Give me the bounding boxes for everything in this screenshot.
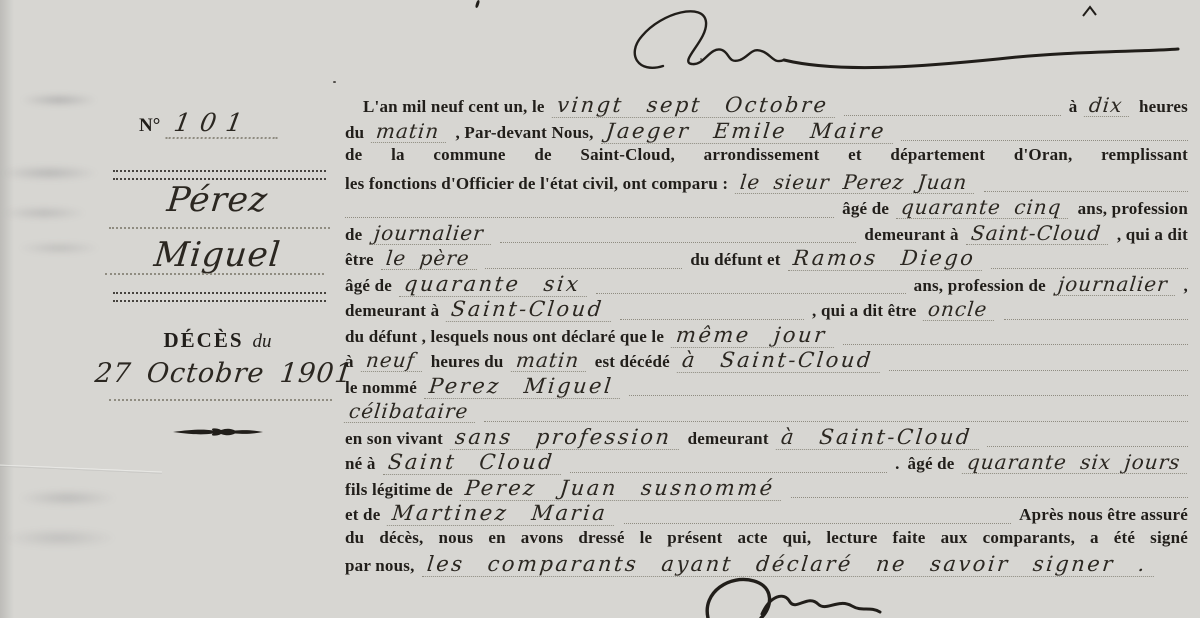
act-line: dumatin, Par-devant Nous,Jaeger Emile Ma… <box>345 121 1188 147</box>
ink-bleedthrough-smudge <box>4 78 104 278</box>
handwritten-entry: dix <box>1084 95 1132 117</box>
handwritten-entry: Saint-Cloud <box>966 223 1110 245</box>
printed-form-text: les fonctions d'Officier de l'état civil… <box>345 175 728 192</box>
handwritten-entry: à Saint-Cloud <box>775 427 980 450</box>
act-line: le nomméPerez Miguel <box>345 376 1188 402</box>
printed-form-text: , Par-devant Nous, <box>456 124 594 141</box>
handwritten-entry: vingt sept Octobre <box>551 95 837 118</box>
handwritten-entry: oncle <box>923 299 997 321</box>
printed-form-text: âgé de <box>908 455 955 472</box>
act-line: par nous,les comparants ayant déclaré ne… <box>345 554 1188 580</box>
printed-form-text: ans, profession <box>1078 200 1188 217</box>
act-line: du défunt , lesquels nous ont déclaré qu… <box>345 325 1188 351</box>
dotted-leader <box>843 344 1188 345</box>
handwritten-entry: les comparants ayant déclaré ne savoir s… <box>421 554 1155 577</box>
deces-label: DÉCÈS <box>163 328 243 352</box>
handwritten-entry: Saint Cloud <box>382 452 563 475</box>
dotted-leader <box>844 115 1061 116</box>
printed-form-text: âgé de <box>345 277 392 294</box>
handwritten-entry: journalier <box>369 223 493 245</box>
handwritten-entry: même jour <box>671 325 836 348</box>
printed-form-text: à <box>1069 98 1078 115</box>
death-date-margin: 27 Octobre 1901 <box>94 360 342 387</box>
dotted-leader <box>596 293 905 294</box>
dotted-leader <box>901 140 1188 141</box>
margin-column: N° 101 Pérez Miguel DÉCÈS du 27 Octobre … <box>95 0 340 618</box>
signature-bottom <box>612 574 922 618</box>
handwritten-entry: quarante six jours <box>961 452 1189 474</box>
printed-form-text: ans, profession de <box>914 277 1046 294</box>
act-line: dejournalierdemeurant àSaint-Cloud, qui … <box>345 223 1188 249</box>
dotted-leader <box>500 242 856 243</box>
act-line: êtrele pèredu défunt etRamos Diego <box>345 248 1188 274</box>
dotted-leader <box>570 472 887 473</box>
ink-speck <box>475 0 480 8</box>
handwritten-entry: le sieur Perez Juan <box>735 172 977 194</box>
dotted-leader <box>991 268 1188 269</box>
dotted-leader <box>484 421 1188 422</box>
printed-form-text: demeurant à <box>864 226 958 243</box>
printed-form-text: par nous, <box>345 557 415 574</box>
handwritten-entry: journalier <box>1053 274 1177 296</box>
dotted-leader <box>1004 319 1188 320</box>
printed-form-text: du <box>345 124 364 141</box>
printed-form-text: Après nous être assuré <box>1019 506 1188 523</box>
handwritten-entry: Ramos Diego <box>787 248 984 271</box>
handwritten-entry: le père <box>381 248 479 270</box>
death-certificate-scan: N° 101 Pérez Miguel DÉCÈS du 27 Octobre … <box>0 0 1200 618</box>
act-line: les fonctions d'Officier de l'état civil… <box>345 172 1188 198</box>
deces-du-label: du <box>253 331 272 352</box>
handwritten-entry: Jaeger Emile Maire <box>600 121 894 144</box>
printed-form-text: demeurant à <box>345 302 439 319</box>
act-line: âgé dequarante cinqans, profession <box>345 197 1188 223</box>
margin-double-rule <box>113 170 326 180</box>
printed-form-text: de la commune de Saint-Cloud, arrondisse… <box>345 146 1188 163</box>
printed-form-text: du défunt et <box>690 251 780 268</box>
printed-form-text: à <box>345 353 354 370</box>
record-number-value: 101 <box>166 110 283 139</box>
margin-dotted-line <box>109 399 332 401</box>
dotted-leader <box>889 370 1188 371</box>
act-line: né àSaint Cloud.âgé dequarante six jours <box>345 452 1188 478</box>
handwritten-entry: sans profession <box>450 427 681 450</box>
deceased-firstname: Miguel <box>93 238 342 272</box>
handwritten-entry: quarante cinq <box>896 197 1071 219</box>
dotted-leader <box>987 446 1188 447</box>
dotted-leader <box>624 523 1011 524</box>
handwritten-entry: Saint-Cloud <box>446 299 613 322</box>
signature-flourish-top <box>618 2 1184 74</box>
handwritten-entry: à Saint-Cloud <box>677 350 882 373</box>
dotted-leader <box>485 268 682 269</box>
dotted-leader <box>629 395 1188 396</box>
act-line: âgé dequarante sixans, profession dejour… <box>345 274 1188 300</box>
printed-form-text: , qui a dit <box>1117 226 1188 243</box>
margin-dotted-line <box>105 273 324 275</box>
printed-form-text: du défunt , lesquels nous ont déclaré qu… <box>345 328 664 345</box>
handwritten-entry: célibataire <box>344 401 478 423</box>
dotted-leader <box>620 319 804 320</box>
record-number: N° 101 <box>139 110 280 139</box>
dotted-leader <box>791 497 1189 498</box>
printed-form-text: fils légitime de <box>345 481 453 498</box>
act-line: de la commune de Saint-Cloud, arrondisse… <box>345 146 1188 172</box>
act-line: en son vivantsans professiondemeurantà S… <box>345 427 1188 453</box>
printed-form-text: du décès, nous en avons dressé le présen… <box>345 529 1188 546</box>
act-line: L'an mil neuf cent un, levingt sept Octo… <box>363 95 1188 121</box>
act-line: célibataire <box>345 401 1188 427</box>
handwritten-entry: Perez Juan susnommé <box>460 478 784 501</box>
printed-form-text: . <box>895 455 899 472</box>
printed-form-text: , qui a dit être <box>812 302 916 319</box>
printed-form-text: et de <box>345 506 380 523</box>
act-line: du décès, nous en avons dressé le présen… <box>345 529 1188 555</box>
printed-form-text: demeurant <box>688 430 769 447</box>
printed-form-text: être <box>345 251 374 268</box>
deceased-surname: Pérez <box>93 183 342 217</box>
record-number-label: N° <box>139 115 160 137</box>
printed-form-text: , <box>1184 277 1188 294</box>
margin-double-rule <box>113 292 326 302</box>
deces-heading: DÉCÈS du <box>95 328 340 353</box>
act-line: àneufheures dumatinest décédéà Saint-Clo… <box>345 350 1188 376</box>
handwritten-entry: Martinez Maria <box>387 503 617 526</box>
printed-form-text: heures du <box>431 353 504 370</box>
handwritten-entry: matin <box>371 121 449 143</box>
printed-form-text: en son vivant <box>345 430 443 447</box>
printed-form-text: âgé de <box>842 200 889 217</box>
act-line: et deMartinez MariaAprès nous être assur… <box>345 503 1188 529</box>
printed-form-text: L'an mil neuf cent un, le <box>363 98 545 115</box>
margin-dotted-line <box>109 227 330 229</box>
printed-form-text: né à <box>345 455 376 472</box>
handwritten-entry: matin <box>510 350 588 372</box>
printed-form-text: le nommé <box>345 379 417 396</box>
printed-form-text: heures <box>1139 98 1188 115</box>
act-line: fils légitime dePerez Juan susnommé <box>345 478 1188 504</box>
handwritten-entry: Perez Miguel <box>424 376 623 399</box>
act-lines: L'an mil neuf cent un, levingt sept Octo… <box>345 95 1188 580</box>
handwritten-entry: neuf <box>361 350 424 372</box>
act-line: demeurant àSaint-Cloud, qui a dit êtreon… <box>345 299 1188 325</box>
decorative-flourish <box>173 427 263 437</box>
dotted-leader <box>984 191 1189 192</box>
handwritten-entry: quarante six <box>399 274 590 297</box>
printed-form-text: est décédé <box>595 353 670 370</box>
printed-form-text: de <box>345 226 362 243</box>
dotted-leader <box>345 217 834 218</box>
